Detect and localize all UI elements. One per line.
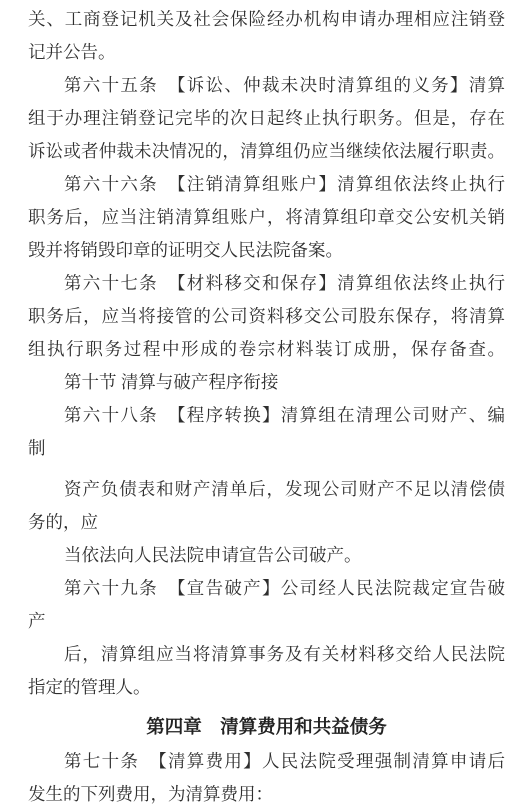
document-page: 关、工商登记机关及社会保险经办机构申请办理相应注销登记并公告。第六十五条 【诉讼… — [0, 0, 532, 806]
section-heading: 第十节 清算与破产程序衔接 — [28, 366, 505, 399]
text-line: 关、工商登记机关及社会保险经办机构申请办理相应注销登 — [28, 3, 505, 36]
text-line: 指定的管理人。 — [28, 671, 505, 704]
text-line: 职务后，应当注销清算组账户，将清算组印章交公安机关销 — [28, 201, 505, 234]
text-line: 第六十六条 【注销清算组账户】清算组依法终止执行 — [28, 168, 505, 201]
text-line: 组于办理注销登记完毕的次日起终止执行职务。但是，存在 — [28, 102, 505, 135]
text-line: 发生的下列费用，为清算费用： — [28, 778, 505, 806]
text-line: 职务后，应当将接管的公司资料移交公司股东保存，将清算 — [28, 300, 505, 333]
text-line: 第六十五条 【诉讼、仲裁未决时清算组的义务】清算 — [28, 69, 505, 102]
text-line: 后，清算组应当将清算事务及有关材料移交给人民法院 — [28, 638, 505, 671]
text-line: 诉讼或者仲裁未决情况的，清算组仍应当继续依法履行职责。 — [28, 135, 505, 168]
text-line: 第六十八条 【程序转换】清算组在清理公司财产、编 — [28, 399, 505, 432]
text-line: 资产负债表和财产清单后，发现公司财产不足以清偿债 — [28, 473, 505, 506]
text-line: 第七十条 【清算费用】人民法院受理强制清算申请后 — [28, 745, 505, 778]
text-line: 务的，应 — [28, 506, 505, 539]
text-line: 第六十七条 【材料移交和保存】清算组依法终止执行 — [28, 267, 505, 300]
text-line: 组执行职务过程中形成的卷宗材料装订成册，保存备查。 — [28, 333, 505, 366]
text-line: 毁并将销毁印章的证明交人民法院备案。 — [28, 234, 505, 267]
text-line: 当依法向人民法院申请宣告公司破产。 — [28, 539, 505, 572]
chapter-heading: 第四章 清算费用和共益债务 — [28, 712, 505, 745]
text-line: 制 — [28, 432, 505, 465]
text-line: 第六十九条 【宣告破产】公司经人民法院裁定宣告破 — [28, 572, 505, 605]
text-line: 记并公告。 — [28, 36, 505, 69]
text-line: 产 — [28, 605, 505, 638]
